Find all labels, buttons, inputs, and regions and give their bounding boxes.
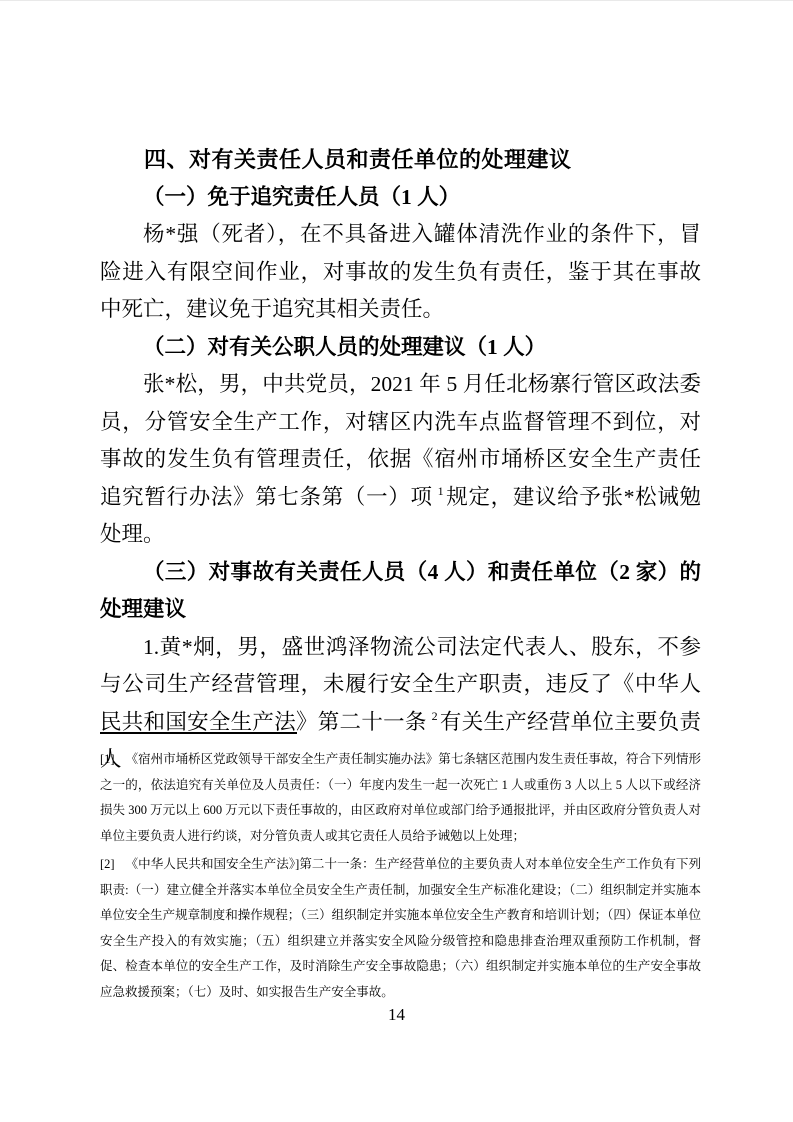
main-heading: 四、对有关责任人员和责任单位的处理建议 (100, 141, 701, 179)
section-1-heading: （一）免于追究责任人员（1 人） (100, 179, 701, 217)
footnote-2: [2]《中华人民共和国安全生产法》]第二十一条：生产经营单位的主要负责人对本单位… (100, 852, 701, 1005)
section-2-paragraph: 张*松，男，中共党员，2021 年 5 月任北杨寨行管区政法委员，分管安全生产工… (100, 366, 701, 554)
document-body: 四、对有关责任人员和责任单位的处理建议 （一）免于追究责任人员（1 人） 杨*强… (100, 141, 701, 779)
section-1-paragraph: 杨*强（死者），在不具备进入罐体清洗作业的条件下，冒险进入有限空间作业，对事故的… (100, 216, 701, 329)
section-3-heading: （三）对事故有关责任人员（4 人）和责任单位（2 家）的处理建议 (100, 554, 701, 629)
footnote-separator-line (100, 732, 297, 734)
footnote-reference-2: 2 (432, 709, 438, 723)
footnote-area: [1]《宿州市埇桥区党政领导干部安全生产责任制实施办法》第七条辖区范围内发生责任… (100, 732, 701, 1008)
section-2-heading: （二）对有关公职人员的处理建议（1 人） (100, 329, 701, 367)
footnote-1: [1]《宿州市埇桥区党政领导干部安全生产责任制实施办法》第七条辖区范围内发生责任… (100, 747, 701, 849)
footnote-2-text: 《中华人民共和国安全生产法》]第二十一条：生产经营单位的主要负责人对本单位安全生… (100, 857, 701, 999)
page-number: 14 (0, 1003, 793, 1027)
footnote-1-marker: [1] (100, 752, 115, 766)
footnote-reference-1: 1 (438, 484, 444, 498)
footnote-2-marker: [2] (100, 857, 115, 871)
document-page: 四、对有关责任人员和责任单位的处理建议 （一）免于追究责任人员（1 人） 杨*强… (0, 0, 793, 1122)
footnote-1-text: 《宿州市埇桥区党政领导干部安全生产责任制实施办法》第七条辖区范围内发生责任事故，… (100, 752, 701, 843)
section-1-paragraph-text: 杨*强（死者），在不具备进入罐体清洗作业的条件下，冒险进入有限空间作业，对事故的… (100, 222, 701, 321)
